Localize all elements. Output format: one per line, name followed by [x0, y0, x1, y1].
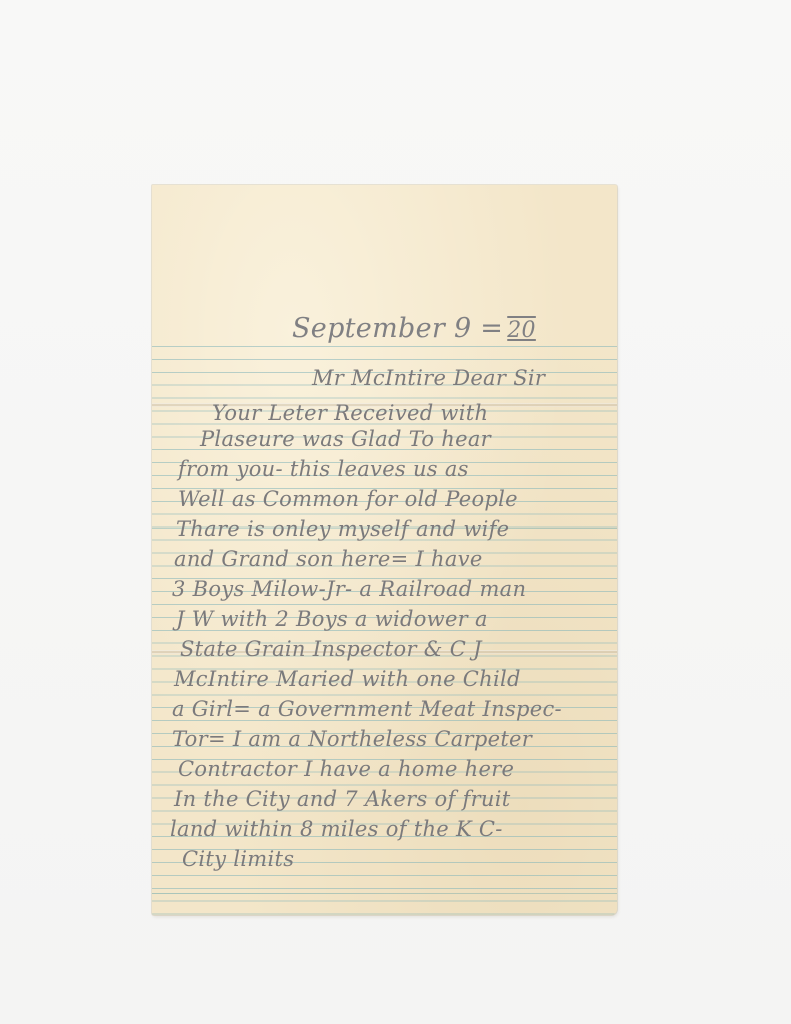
letter-line: 3 Boys Milow-Jr- a Railroad man	[172, 576, 526, 602]
letter-date: September 9 =20	[292, 313, 536, 344]
letter-line: Your Leter Received with	[212, 400, 488, 426]
letter-line: J W with 2 Boys a widower a	[176, 606, 488, 632]
letter-line: City limits	[182, 846, 294, 872]
letter-line: McIntire Maried with one Child	[174, 666, 521, 692]
letter-line: Tor= I am a Northeless Carpeter	[172, 726, 532, 752]
scanned-page: September 9 =20 Mr McIntire Dear Sir You…	[0, 0, 791, 1024]
letter-line: Thare is onley myself and wife	[176, 516, 509, 542]
letter-line: land within 8 miles of the K C-	[170, 816, 503, 842]
letter-line: and Grand son here= I have	[174, 546, 483, 572]
date-year: 20	[507, 318, 536, 343]
handwritten-text: September 9 =20 Mr McIntire Dear Sir You…	[152, 185, 617, 915]
letter-line: from you- this leaves us as	[178, 456, 469, 482]
letter-line: Plaseure was Glad To hear	[200, 426, 491, 452]
letter-line: Well as Common for old People	[178, 486, 518, 512]
salutation: Mr McIntire Dear Sir	[312, 365, 545, 391]
date-month-day: September 9 =	[292, 313, 503, 344]
letter-line: In the City and 7 Akers of fruit	[174, 786, 511, 812]
letter-paper: September 9 =20 Mr McIntire Dear Sir You…	[152, 185, 617, 915]
letter-line: a Girl= a Government Meat Inspec-	[172, 696, 562, 722]
letter-line: Contractor I have a home here	[178, 756, 514, 782]
letter-line: State Grain Inspector & C J	[180, 636, 482, 662]
